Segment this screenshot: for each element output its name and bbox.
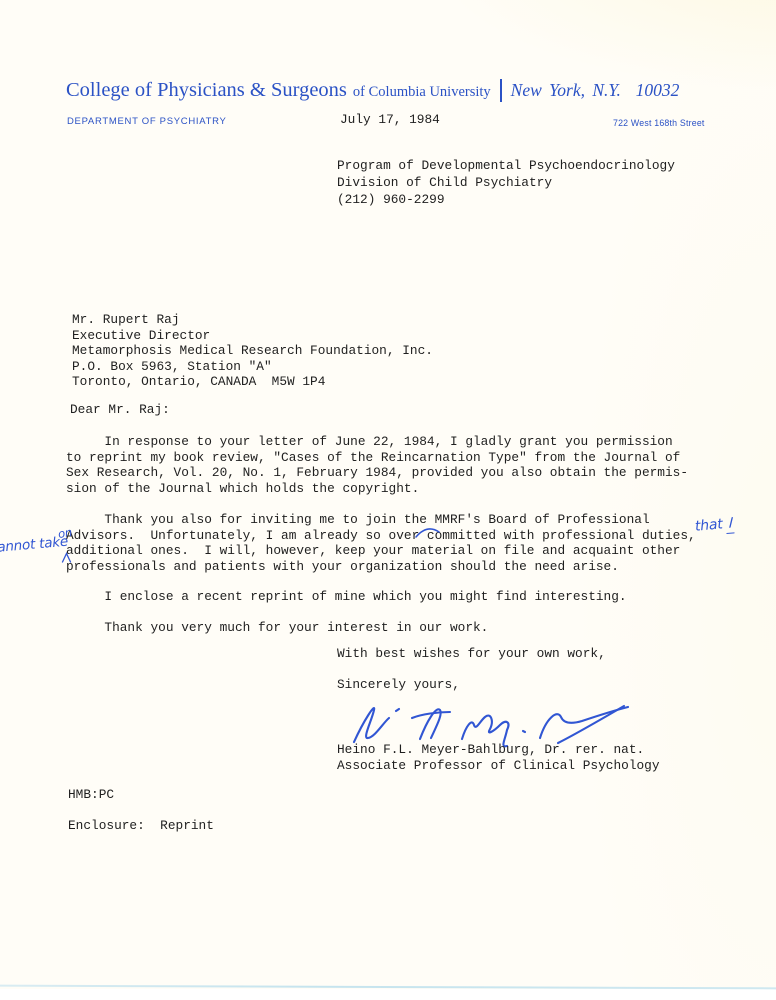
text-line: Program of Developmental Psychoendocrino… [337, 157, 675, 174]
text-line: Executive Director [72, 328, 433, 344]
text-line: Mr. Rupert Raj [72, 312, 433, 328]
insertion-caret-icon [61, 552, 72, 563]
scan-bottom-strip [0, 989, 776, 1000]
letterhead-location: New York, N.Y. 10032 [511, 80, 680, 101]
street-address: 722 West 168th Street [613, 118, 705, 128]
text-line: Division of Child Psychiatry [337, 174, 675, 191]
institution-subname: of Columbia University [353, 84, 491, 101]
text-line: P.O. Box 5963, Station "A" [72, 359, 433, 375]
enclosure-note: Enclosure: Reprint [68, 818, 214, 834]
text-line: Toronto, Ontario, CANADA M5W 1P4 [72, 374, 433, 390]
text-line: In response to your letter of June 22, 1… [66, 434, 688, 450]
handwritten-note-right: that I [694, 515, 735, 536]
handwritten-pronoun: I [726, 515, 735, 534]
signature-title: Associate Professor of Clinical Psycholo… [337, 758, 660, 774]
text-line: Sex Research, Vol. 20, No. 1, February 1… [66, 465, 688, 481]
reference-initials: HMB:PC [68, 787, 114, 803]
salutation-text: Dear Mr. Raj: [70, 402, 170, 418]
close-up-proof-mark-icon [414, 524, 441, 540]
divider-bar [500, 79, 502, 102]
letterhead-masthead: College of Physicians & Surgeons of Colu… [66, 79, 679, 102]
text-line: Advisors. Unfortunately, I am already so… [66, 528, 696, 544]
body-paragraph-4: Thank you very much for your interest in… [66, 620, 488, 636]
text-line: sion of the Journal which holds the copy… [66, 481, 688, 497]
handwritten-word: that [694, 516, 727, 535]
date-text: July 17, 1984 [340, 112, 440, 128]
text-line: Metamorphosis Medical Research Foundatio… [72, 343, 433, 359]
program-block: Program of Developmental Psychoendocrino… [337, 157, 675, 208]
closing-line-1: With best wishes for your own work, [337, 646, 606, 662]
text-line: Thank you also for inviting me to join t… [66, 512, 696, 528]
body-paragraph-1: In response to your letter of June 22, 1… [66, 434, 688, 496]
department-label: DEPARTMENT OF PSYCHIATRY [67, 116, 227, 127]
text-line: professionals and patients with your org… [66, 559, 696, 575]
text-line: additional ones. I will, however, keep y… [66, 543, 696, 559]
body-paragraph-3: I enclose a recent reprint of mine which… [66, 589, 627, 605]
body-paragraph-2: Thank you also for inviting me to join t… [66, 512, 696, 574]
recipient-block: Mr. Rupert RajExecutive DirectorMetamorp… [72, 312, 433, 390]
institution-name: College of Physicians & Surgeons [66, 79, 347, 102]
handwritten-insert-word: on [57, 525, 73, 541]
text-line: (212) 960-2299 [337, 191, 675, 208]
closing-line-2: Sincerely yours, [337, 677, 460, 693]
signature-name: Heino F.L. Meyer-Bahlburg, Dr. rer. nat. [337, 742, 644, 758]
text-line: to reprint my book review, "Cases of the… [66, 450, 688, 466]
letter-page: College of Physicians & Surgeons of Colu… [0, 0, 776, 1000]
